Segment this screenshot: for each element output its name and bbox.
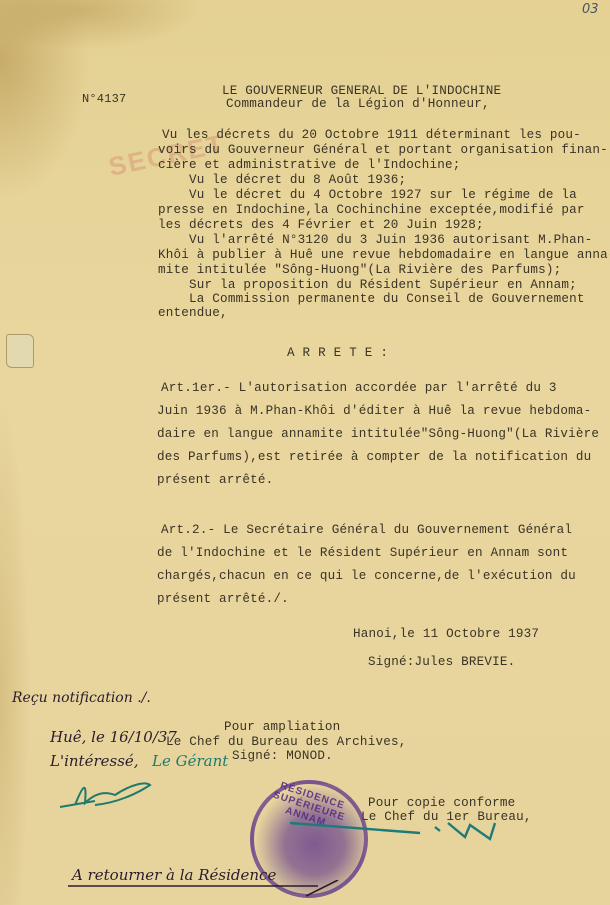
handwritten-gerant: Le Gérant [152,752,228,770]
visa-line: entendue, [158,306,228,321]
header-subtitle: Commandeur de la Légion d'Honneur, [226,97,490,112]
article-line: Juin 1936 à M.Phan-Khôi d'éditer à Huê l… [157,400,591,423]
visa-line: Vu les décrets du 20 Octobre 1911 déterm… [131,128,581,143]
article-line: chargés,chacun en ce qui le concerne,de … [157,565,576,588]
place-and-date: Hanoi,le 11 Octobre 1937 [353,627,539,642]
page-number: 03 [582,2,599,17]
visa-line: Sur la proposition du Résident Supérieur… [158,278,577,293]
visa-line: Vu le décret du 4 Octobre 1927 sur le ré… [158,188,577,203]
blue-signature-icon [290,815,520,855]
article-line: Art.1er.- L'autorisation accordée par l'… [130,377,557,400]
arrete-heading: ARRETE: [287,346,396,361]
visa-line: Vu l'arrêté N°3120 du 3 Juin 1936 autori… [158,233,592,248]
visa-line: Vu le décret du 8 Août 1936; [158,173,406,188]
ampliation-office: Le Chef du Bureau des Archives, [166,735,406,750]
visa-line: voirs du Gouverneur Général et portant o… [158,143,608,158]
article-line: Art.2.- Le Secrétaire Général du Gouvern… [130,519,572,542]
green-signature-icon [55,775,155,815]
ampliation-title: Pour ampliation [224,720,340,735]
signature-line: Signé:Jules BREVIE. [368,655,515,670]
article-line: de l'Indochine et le Résident Supérieur … [157,542,568,565]
visa-line: La Commission permanente du Conseil de G… [158,292,585,307]
handwritten-receipt: Reçu notification ./. [12,690,151,706]
visa-line: les décrets des 4 Février et 20 Juin 192… [158,218,484,233]
paper-clip-mark [6,334,34,368]
visa-line: Khôi à publier à Huê une revue hebdomada… [158,248,610,263]
underline-stroke-icon [66,880,346,900]
visa-line: cière et administrative de l'Indochine; [158,158,461,173]
ampliation-signed: Signé: MONOD. [232,749,333,764]
handwritten-interested: L'intéressé, [50,752,139,770]
visa-line: presse en Indochine,la Cochinchine excep… [158,203,585,218]
visa-line: mite intitulée "Sông-Huong"(La Rivière d… [158,263,561,278]
copie-conforme-title: Pour copie conforme [368,796,515,811]
document-page: 03 N°4137 LE GOUVERNEUR GENERAL DE L'IND… [0,0,610,905]
article-line: daire en langue annamite intitulée"Sông-… [157,423,599,446]
article-line: des Parfums),est retirée à compter de la… [157,446,591,469]
article-line: présent arrêté./. [157,588,289,611]
article-line: présent arrêté. [157,469,273,492]
reference-number: N°4137 [82,92,126,107]
handwritten-place-date: Huê, le 16/10/37 [50,728,177,746]
